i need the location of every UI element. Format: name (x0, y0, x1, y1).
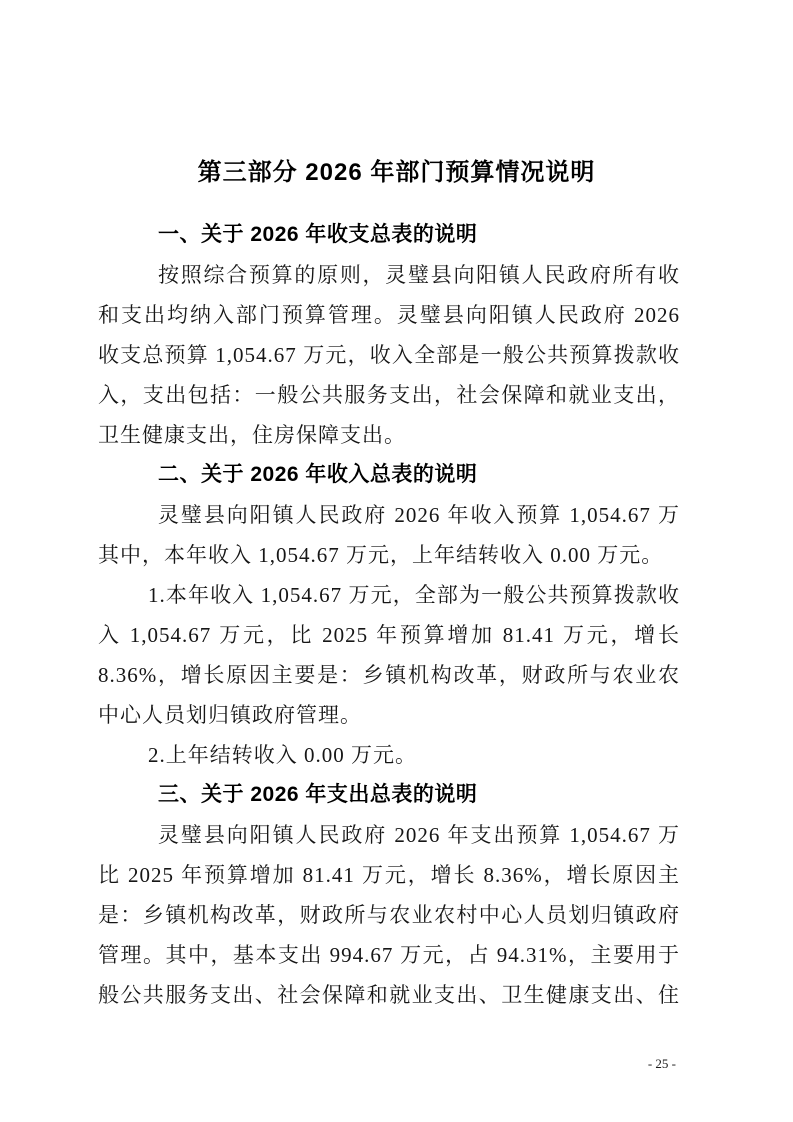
document-page: 第三部分 2026 年部门预算情况说明 一、关于 2026 年收支总表的说明按照… (0, 0, 793, 1122)
text-line: 收支总预算 1,054.67 万元，收入全部是一般公共预算拨款收 (98, 335, 680, 375)
text-line: 其中，本年收入 1,054.67 万元，上年结转收入 0.00 万元。 (98, 535, 680, 575)
text-line: 8.36%，增长原因主要是：乡镇机构改革，财政所与农业农村 (98, 655, 680, 695)
document-body: 一、关于 2026 年收支总表的说明按照综合预算的原则，灵璧县向阳镇人民政府所有… (98, 215, 680, 1015)
text-line: 卫生健康支出，住房保障支出。 (98, 415, 680, 455)
text-line: 和支出均纳入部门预算管理。灵璧县向阳镇人民政府 2026 年 (98, 295, 680, 335)
text-line: 2.上年结转收入 0.00 万元。 (98, 735, 680, 775)
paragraph: 按照综合预算的原则，灵璧县向阳镇人民政府所有收入和支出均纳入部门预算管理。灵璧县… (98, 255, 680, 455)
paragraph: 灵璧县向阳镇人民政府 2026 年收入预算 1,054.67 万元，其中，本年收… (98, 495, 680, 575)
section-heading: 三、关于 2026 年支出总表的说明 (98, 775, 680, 815)
text-line: 般公共服务支出、社会保障和就业支出、卫生健康支出、住 (98, 975, 680, 1015)
page-number: - 25 - (648, 1056, 676, 1072)
text-line: 是：乡镇机构改革，财政所与农业农村中心人员划归镇政府 (98, 895, 680, 935)
text-line: 中心人员划归镇政府管理。 (98, 695, 680, 735)
text-line: 灵璧县向阳镇人民政府 2026 年收入预算 1,054.67 万元， (98, 495, 680, 535)
text-line: 1.本年收入 1,054.67 万元，全部为一般公共预算拨款收 (98, 575, 680, 615)
text-line: 灵璧县向阳镇人民政府 2026 年支出预算 1,054.67 万元， (98, 815, 680, 855)
text-line: 按照综合预算的原则，灵璧县向阳镇人民政府所有收入 (98, 255, 680, 295)
section-heading: 二、关于 2026 年收入总表的说明 (98, 455, 680, 495)
text-line: 管理。其中，基本支出 994.67 万元，占 94.31%，主要用于一 (98, 935, 680, 975)
text-line: 入 1,054.67 万元，比 2025 年预算增加 81.41 万元，增长 (98, 615, 680, 655)
paragraph: 灵璧县向阳镇人民政府 2026 年支出预算 1,054.67 万元，比 2025… (98, 815, 680, 1015)
paragraph: 2.上年结转收入 0.00 万元。 (98, 735, 680, 775)
text-line: 比 2025 年预算增加 81.41 万元，增长 8.36%，增长原因主要 (98, 855, 680, 895)
document-title: 第三部分 2026 年部门预算情况说明 (0, 151, 793, 195)
section-heading: 一、关于 2026 年收支总表的说明 (98, 215, 680, 255)
paragraph: 1.本年收入 1,054.67 万元，全部为一般公共预算拨款收入 1,054.6… (98, 575, 680, 735)
text-line: 入，支出包括：一般公共服务支出，社会保障和就业支出， (98, 375, 680, 415)
